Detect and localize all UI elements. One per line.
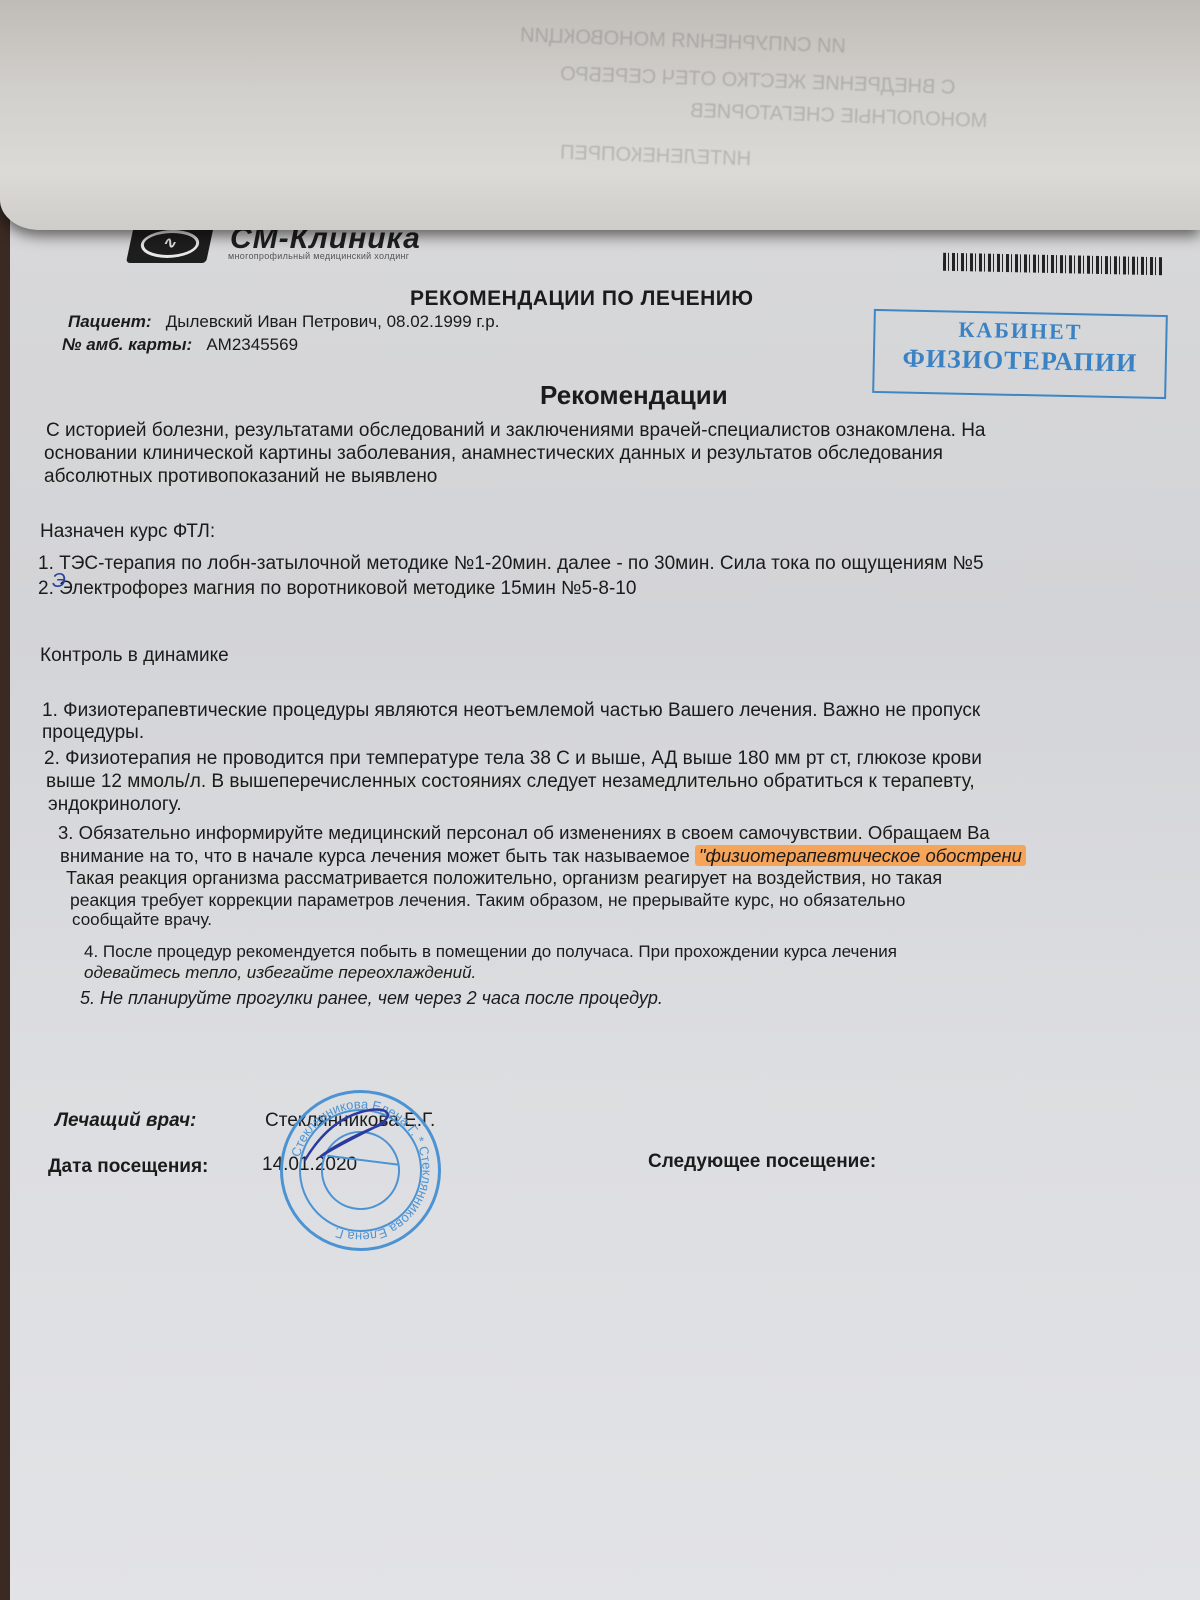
intro-line: С историей болезни, результатами обследо… [46,420,986,442]
intro-line: основании клинической картины заболевани… [44,443,943,465]
rule-3-line: сообщайте врачу. [72,910,212,930]
rule-2-line: эндокринологу. [48,794,182,816]
card-value: АМ2345569 [206,335,298,354]
patient-label: Пациент: [68,312,152,331]
physiotherapy-stamp: КАБИНЕТ ФИЗИОТЕРАПИИ [872,309,1168,399]
rule-2-line: выше 12 ммоль/л. В вышеперечисленных сос… [46,771,975,793]
date-label: Дата посещения: [48,1156,208,1178]
signature-scribble [300,1105,400,1165]
stamp-line-2: ФИЗИОТЕРАПИИ [875,343,1166,379]
card-label: № амб. карты: [62,335,192,354]
bleed-through-text: ИИ СИПУРНЕНИЯ МОНОВОКЦИИ [520,24,846,58]
rule-3-line: внимание на то, что в начале курса лечен… [60,845,1026,867]
control-text: Контроль в динамике [40,645,229,667]
card-row: № амб. карты: АМ2345569 [62,335,298,355]
rule-3-text: внимание на то, что в начале курса лечен… [60,845,695,866]
patient-value: Дылевский Иван Петрович, 08.02.1999 г.р. [166,312,500,331]
next-visit-label: Следующее посещение: [648,1151,876,1173]
clinic-logo: ∿ [126,225,214,263]
rule-3-line: реакция требует коррекции параметров леч… [70,890,905,911]
section-title: Рекомендации [540,380,728,411]
rule-3-line: Такая реакция организма рассматривается … [66,868,942,889]
doctor-label: Лечащий врач: [55,1110,196,1132]
patient-row: Пациент: Дылевский Иван Петрович, 08.02.… [68,312,499,332]
stamp-line-1: КАБИНЕТ [875,315,1165,347]
rule-3-line: 3. Обязательно информируйте медицинский … [58,822,990,844]
bleed-through-text: МОНОЛОГНЫЕ СНЕГАТОРИЕВ [690,100,988,133]
rule-1-line: процедуры. [42,722,144,744]
document-title: РЕКОМЕНДАЦИИ ПО ЛЕЧЕНИЮ [410,287,754,311]
previous-page-curl: ИИ СИПУРНЕНИЯ МОНОВОКЦИИ С ВНЕДРЕНИЕ ЖЕС… [0,0,1200,230]
handwritten-correction: Э [52,570,66,593]
highlighted-term: "физиотерапевтическое обострени [695,845,1026,866]
rule-4-line: одевайтесь тепло, избегайте переохлажден… [84,963,476,983]
rule-5-line: 5. Не планируйте прогулки ранее, чем чер… [80,988,663,1009]
intro-line: абсолютных противопоказаний не выявлено [44,466,437,488]
bleed-through-text: С ВНЕДРЕНИЕ ЖЕСТКО ОТЕЧ СЕРЕБРО [560,63,956,100]
bleed-through-text: НИТЕЛЕНЕКОПРЕП [560,142,752,172]
rule-1-line: 1. Физиотерапевтические процедуры являют… [42,700,980,722]
rule-4-line: 4. После процедур рекомендуется побыть в… [84,942,897,962]
course-heading: Назначен курс ФТЛ: [40,521,215,543]
clinic-subtitle: многопрофильный медицинский холдинг [228,251,409,261]
course-item: 2. Электрофорез магния по воротниковой м… [38,578,636,600]
rule-2-line: 2. Физиотерапия не проводится при темпер… [44,748,982,770]
logo-mark-icon: ∿ [138,230,202,258]
course-item: 1. ТЭС-терапия по лобн-затылочной методи… [38,553,984,575]
